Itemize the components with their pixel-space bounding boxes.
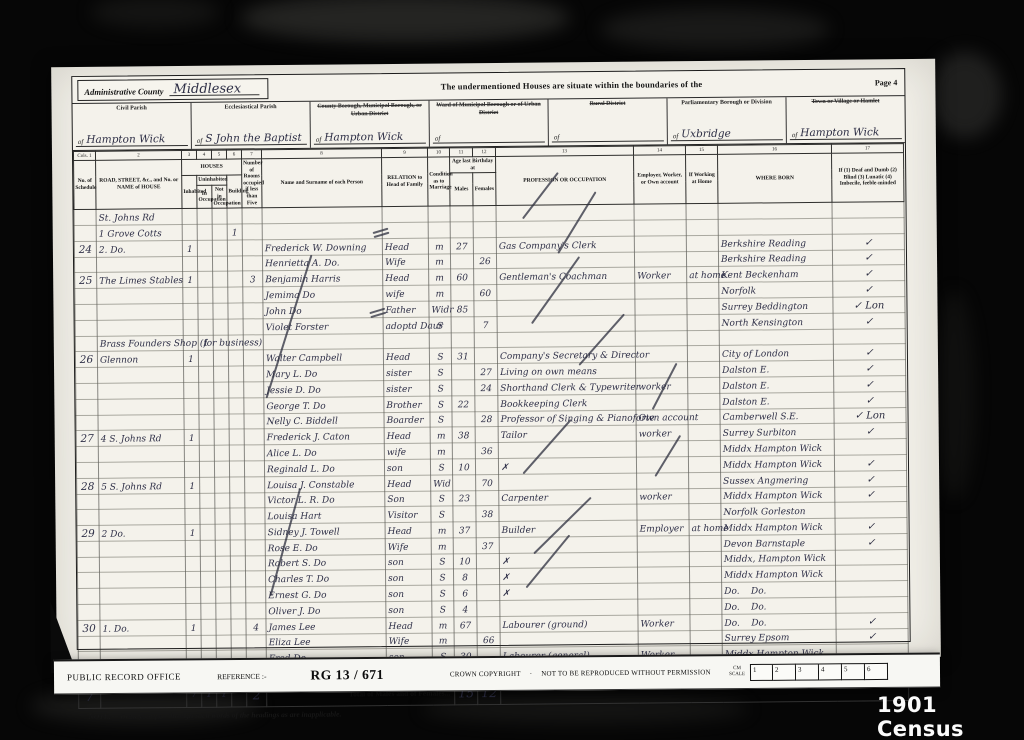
cell-inhabited: [184, 414, 199, 430]
cell-relation: Father: [383, 301, 429, 317]
cell-employer: Own account: [636, 409, 688, 425]
cell-relation: Head: [385, 475, 431, 491]
cell-age-female: [476, 490, 499, 506]
cell-age-female: 38: [476, 506, 499, 522]
cell-uninhabited-occupied: [197, 240, 212, 256]
col-header-where-born: WHERE BORN: [718, 153, 832, 203]
copyright-separator: ·: [530, 670, 533, 678]
cell-road: 5 S. Johns Rd: [99, 477, 185, 494]
cell-rooms: [244, 413, 264, 429]
cell-uninhabited-not: [213, 319, 228, 335]
cell-inhabited: [184, 382, 199, 398]
cell-inhabited: [184, 445, 199, 461]
cell-age-male: [453, 506, 476, 522]
cell-rooms: [245, 508, 265, 524]
cell-relation: Head: [383, 269, 429, 285]
district-band: Civil ParishofHampton WickEcclesiastical…: [73, 96, 905, 151]
cell-at-home: [689, 535, 721, 551]
cell-schedule: [75, 304, 97, 320]
cell-condition: m: [430, 427, 452, 443]
cell-uninhabited-not: [213, 350, 228, 366]
cell-inhabited: 1: [184, 430, 199, 446]
cell-schedule: 29: [77, 525, 99, 541]
district-value-line: ofHampton Wick: [76, 130, 188, 147]
cell-where-born: Surrey Beddington: [719, 297, 833, 314]
cell-at-home: [687, 330, 719, 346]
cell-occupation: [499, 504, 637, 521]
cell-inhabited: [182, 256, 197, 272]
cell-mark: ✓ Lon: [833, 297, 905, 313]
cell-building: 1: [227, 224, 242, 240]
cell-road: 4 S. Johns Rd: [98, 430, 184, 447]
cell-building: [230, 477, 245, 493]
cell-condition: S: [430, 380, 452, 396]
cell-age-female: [474, 300, 497, 316]
cell-where-born: Do. Do.: [722, 582, 836, 599]
cell-relation: sister: [384, 364, 430, 380]
cell-rooms: [245, 540, 265, 556]
cell-age-male: [452, 364, 475, 380]
district-label: Ecclesiastical Parish: [195, 104, 307, 113]
cell-uninhabited-not: [216, 603, 231, 619]
cell-where-born: Devon Barnstaple: [721, 534, 835, 551]
district-value-line: ofUxbridge: [671, 124, 783, 141]
cell-age-male: [453, 538, 476, 554]
cell-age-female: 36: [475, 443, 498, 459]
of-prefix: of: [316, 136, 322, 144]
cell-uninhabited-occupied: [197, 224, 212, 240]
cell-occupation: Labourer (ground): [500, 615, 638, 632]
cell-relation: Wife: [385, 538, 431, 554]
cell-name: James Lee: [266, 617, 386, 634]
col-header-employer: Employer, Worker, or Own account: [634, 155, 686, 205]
column-number: 6: [226, 150, 241, 159]
reference-number: RG 13 / 671: [310, 667, 384, 684]
cell-inhabited: [186, 635, 201, 651]
cell-condition: S: [430, 396, 452, 412]
cell-employer: [635, 299, 687, 315]
cell-occupation: [499, 536, 637, 553]
of-prefix: of: [554, 133, 560, 141]
cell-age-female: 28: [475, 411, 498, 427]
cell-uninhabited-not: [215, 540, 230, 556]
cell-mark: ✓: [834, 423, 906, 439]
cell-name: Jessie D. Do: [264, 381, 384, 398]
cell-age-male: 85: [451, 301, 474, 317]
cell-schedule: [78, 636, 100, 652]
district-value-line: ofS John the Baptist: [195, 129, 307, 146]
reference-bar: PUBLIC RECORD OFFICE REFERENCE :- RG 13 …: [54, 653, 940, 695]
cell-where-born: Middx, Hampton Wick: [721, 550, 835, 567]
cell-age-female: 24: [475, 379, 498, 395]
cell-building: [231, 635, 246, 651]
cell-rooms: [242, 255, 262, 271]
cell-name: George T. Do: [264, 396, 384, 413]
cell-mark: ✓: [833, 344, 905, 360]
cell-uninhabited-occupied: [201, 619, 216, 635]
cell-employer: [636, 362, 688, 378]
cell-inhabited: [184, 366, 199, 382]
cell-rooms: [246, 587, 266, 603]
cell-mark: [835, 549, 907, 565]
cell-mark: ✓: [836, 628, 908, 644]
cell-condition: S: [431, 490, 453, 506]
cell-uninhabited-not: [215, 477, 230, 493]
scan-smudge: [90, 0, 220, 28]
cell-rooms: [242, 239, 262, 255]
cell-age-male: [450, 253, 473, 269]
cell-at-home: [688, 425, 720, 441]
cell-where-born: Dalston E.: [720, 376, 834, 393]
column-number: 14: [633, 146, 685, 155]
cell-schedule: [77, 557, 99, 573]
cell-name: Sidney J. Towell: [265, 523, 385, 540]
of-prefix: of: [78, 138, 84, 146]
district-label: Civil Parish: [76, 105, 188, 114]
cell-name: Alice L. Do: [264, 444, 384, 461]
cell-uninhabited-occupied: [199, 366, 214, 382]
cell-age-female: 37: [476, 537, 499, 553]
reference-label: REFERENCE :-: [217, 671, 266, 680]
cell-condition: m: [432, 633, 454, 649]
cell-schedule: [76, 383, 98, 399]
cell-employer: worker: [637, 488, 689, 504]
cell-schedule: [76, 415, 98, 431]
cell-mark: ✓: [833, 281, 905, 297]
cell-uninhabited-occupied: [199, 461, 214, 477]
cell-schedule: [78, 573, 100, 589]
cell-rooms: [244, 445, 264, 461]
cell-schedule: [77, 541, 99, 557]
cell-employer: worker: [636, 425, 688, 441]
district-cell: Civil ParishofHampton Wick: [73, 103, 192, 150]
cell-name: Robert S. Do: [265, 554, 385, 571]
district-value: Hampton Wick: [324, 132, 403, 144]
cell-where-born: Kent Beckenham: [719, 266, 833, 283]
cell-age-female: 26: [473, 253, 496, 269]
cell-rooms: [244, 429, 264, 445]
cell-relation: son: [386, 585, 432, 601]
cell-age-female: 7: [474, 316, 497, 332]
cell-road: [99, 540, 185, 557]
cell-at-home: [687, 282, 719, 298]
cell-building: [230, 540, 245, 556]
cell-rooms: [244, 366, 264, 382]
cell-mark: ✓: [836, 612, 908, 628]
cell-relation: son: [385, 570, 431, 586]
column-number: 9: [381, 148, 427, 157]
cell-employer: [634, 235, 686, 251]
cell-where-born: Middx Hampton Wick: [720, 455, 834, 472]
cell-building: [229, 429, 244, 445]
cell-schedule: 24: [74, 241, 96, 257]
district-value-line: of: [552, 125, 664, 142]
cell-relation: [383, 333, 429, 349]
district-cell: Town or Village or HamletofHampton Wick: [786, 96, 904, 143]
cell-age-male: 38: [452, 427, 475, 443]
cell-occupation: Shorthand Clerk & Typewriter: [498, 378, 636, 395]
cell-at-home: at home: [687, 267, 719, 283]
column-number: 3: [181, 150, 196, 159]
cell-mark: ✓: [832, 249, 904, 265]
cell-at-home: [690, 614, 722, 630]
cell-schedule: [78, 589, 100, 605]
cell-uninhabited-occupied: [200, 524, 215, 540]
cell-condition: m: [431, 538, 453, 554]
district-value-line: ofHampton Wick: [314, 128, 426, 145]
cell-occupation: ✗: [500, 583, 638, 600]
column-number: 12: [472, 147, 495, 156]
cell-at-home: [688, 456, 720, 472]
cell-schedule: [75, 288, 97, 304]
cell-inhabited: 1: [183, 351, 198, 367]
cell-name: Oliver J. Do: [266, 602, 386, 619]
column-number: Cols. 1: [73, 151, 95, 160]
cell-name: [262, 207, 382, 224]
cell-relation: Boarder: [384, 412, 430, 428]
cell-occupation: Tailor: [498, 425, 636, 442]
column-number: 7: [241, 150, 261, 159]
cell-building: [228, 303, 243, 319]
cell-relation: Brother: [384, 396, 430, 412]
cell-mark: [834, 439, 906, 455]
cell-name: Reginald L. Do: [264, 459, 384, 476]
cell-road: [98, 446, 184, 463]
cell-mark: [832, 202, 904, 218]
cell-age-male: 23: [453, 490, 476, 506]
cell-condition: m: [429, 269, 451, 285]
cell-inhabited: [183, 287, 198, 303]
cell-age-male: 8: [453, 569, 476, 585]
cell-schedule: [75, 336, 97, 352]
cell-uninhabited-not: [214, 382, 229, 398]
cell-uninhabited-not: [216, 619, 231, 635]
cell-relation: Head: [383, 348, 429, 364]
district-value: Hampton Wick: [800, 127, 879, 139]
cell-relation: Son: [385, 491, 431, 507]
cell-building: [229, 413, 244, 429]
cell-relation: Head: [386, 617, 432, 633]
cell-schedule: [77, 510, 99, 526]
cell-building: [228, 271, 243, 287]
cell-schedule: [74, 225, 96, 241]
cell-occupation: [497, 315, 635, 332]
cell-where-born: Surrey Epsom: [722, 629, 836, 646]
cell-road: [98, 414, 184, 431]
scale-box: 6: [865, 662, 888, 679]
col-header-inhabited: Inhabited: [182, 176, 197, 209]
cell-at-home: [686, 235, 718, 251]
district-value: Uxbridge: [681, 129, 731, 140]
cell-age-female: [476, 522, 499, 538]
cell-rooms: [243, 287, 263, 303]
cell-at-home: at home: [689, 519, 721, 535]
cell-relation: Visitor: [385, 506, 431, 522]
district-label: Parliamentary Borough or Division: [670, 99, 782, 108]
cell-road: [99, 509, 185, 526]
cell-schedule: 28: [77, 478, 99, 494]
cell-employer: [636, 457, 688, 473]
cell-rooms: 4: [246, 619, 266, 635]
cell-mark: ✓: [835, 486, 907, 502]
cell-employer: [634, 220, 686, 236]
col-header-schedule: No. of Schedule: [74, 160, 96, 209]
situate-statement: The undermentioned Houses are situate wi…: [268, 77, 875, 93]
cell-condition: [428, 206, 450, 222]
column-number: 4: [196, 150, 211, 159]
cell-at-home: [689, 504, 721, 520]
of-prefix: of: [673, 132, 679, 140]
cell-at-home: [688, 393, 720, 409]
cell-schedule: [76, 367, 98, 383]
cell-inhabited: [186, 572, 201, 588]
cell-mark: ✓: [834, 375, 906, 391]
cell-rooms: [246, 634, 266, 650]
cell-uninhabited-occupied: [198, 351, 213, 367]
cell-condition: S: [432, 601, 454, 617]
cell-building: [227, 255, 242, 271]
cell-where-born: Berkshire Reading: [718, 250, 832, 267]
cell-occupation: Bookkeeping Clerk: [498, 394, 636, 411]
cell-inhabited: [182, 209, 197, 225]
cell-occupation: Builder: [499, 520, 637, 537]
cell-uninhabited-not: [214, 445, 229, 461]
cell-where-born: [718, 202, 832, 219]
cell-condition: [428, 222, 450, 238]
cell-uninhabited-occupied: [199, 430, 214, 446]
cell-road: [100, 635, 186, 652]
cell-schedule: 26: [75, 352, 97, 368]
cell-uninhabited-not: [215, 524, 230, 540]
cell-occupation: Carpenter: [499, 489, 637, 506]
cell-inhabited: 1: [182, 240, 197, 256]
cell-condition: m: [431, 522, 453, 538]
cm-scale-label: CM SCALE: [729, 666, 745, 679]
cell-at-home: [689, 472, 721, 488]
cell-occupation: Gentleman's Coachman: [497, 268, 635, 285]
cell-name: Nelly C. Biddell: [264, 412, 384, 429]
cell-uninhabited-not: [215, 572, 230, 588]
cell-at-home: [687, 314, 719, 330]
cell-inhabited: [185, 556, 200, 572]
col-header-condition: Condition as to Marriage: [428, 157, 450, 206]
cell-where-born: Sussex Angmering: [721, 471, 835, 488]
cell-schedule: [77, 494, 99, 510]
col-header-working-home: If Working at Home: [686, 154, 718, 203]
district-label: Rural District: [552, 100, 664, 109]
cell-employer: [635, 283, 687, 299]
cell-employer: [635, 314, 687, 330]
cell-road: [97, 288, 183, 305]
cell-where-born: Dalston E.: [720, 360, 834, 377]
cell-rooms: [244, 461, 264, 477]
cell-age-female: [476, 553, 499, 569]
cell-age-female: [477, 601, 500, 617]
cell-name: Jemima Do: [263, 286, 383, 303]
cell-at-home: [686, 204, 718, 220]
cell-rooms: [244, 397, 264, 413]
cell-rooms: 3: [243, 271, 263, 287]
cell-age-female: 27: [475, 364, 498, 380]
cell-condition: S: [432, 585, 454, 601]
cell-age-female: [475, 458, 498, 474]
cell-age-male: 10: [452, 459, 475, 475]
cell-relation: Head: [385, 522, 431, 538]
reproduction-notice: NOT TO BE REPRODUCED WITHOUT PERMISSION: [541, 668, 711, 677]
cell-uninhabited-occupied: [201, 603, 216, 619]
cell-employer: [637, 567, 689, 583]
cell-age-female: [473, 237, 496, 253]
cell-uninhabited-not: [215, 556, 230, 572]
cell-age-male: [454, 632, 477, 648]
cell-building: [231, 619, 246, 635]
cell-employer: [637, 536, 689, 552]
cell-rooms: [245, 555, 265, 571]
district-cell: Rural Districtof: [548, 98, 667, 145]
cell-employer: [634, 251, 686, 267]
cell-road: 2. Do.: [96, 240, 182, 257]
watermark-caption: 1901 Census: [877, 693, 1024, 740]
cell-age-female: [473, 206, 496, 222]
cell-name: Frederick W. Downing: [262, 238, 382, 255]
cell-uninhabited-occupied: [201, 572, 216, 588]
cell-road: [96, 256, 182, 273]
cell-employer: [637, 504, 689, 520]
cell-at-home: [689, 567, 721, 583]
cell-condition: [429, 332, 451, 348]
cell-employer: [638, 583, 690, 599]
cell-building: [228, 287, 243, 303]
col-header-females: Females: [473, 173, 496, 206]
cell-building: [227, 240, 242, 256]
cell-age-male: 31: [451, 348, 474, 364]
district-value-line: ofHampton Wick: [790, 123, 902, 140]
cell-inhabited: [183, 303, 198, 319]
cell-uninhabited-occupied: [200, 477, 215, 493]
cell-employer: [636, 441, 688, 457]
cell-mark: ✓: [835, 533, 907, 549]
cell-road: St. Johns Rd: [96, 209, 182, 226]
cell-at-home: [689, 488, 721, 504]
cell-age-female: [475, 395, 498, 411]
cell-uninhabited-not: [213, 303, 228, 319]
cell-age-female: [473, 221, 496, 237]
cell-uninhabited-occupied: [198, 287, 213, 303]
cell-schedule: 27: [76, 431, 98, 447]
of-prefix: of: [197, 137, 203, 145]
cell-mark: ✓: [834, 391, 906, 407]
cell-relation: Wife: [386, 633, 432, 649]
cell-road: Glennon: [97, 351, 183, 368]
cell-name: Charles T. Do: [265, 570, 385, 587]
cell-employer: [636, 393, 688, 409]
cell-inhabited: [185, 493, 200, 509]
cell-uninhabited-occupied: [199, 445, 214, 461]
cell-uninhabited-not: [213, 287, 228, 303]
cell-name: Louisa Hart: [265, 507, 385, 524]
cell-mark: ✓: [834, 360, 906, 376]
cell-uninhabited-not: [215, 508, 230, 524]
cell-road: [98, 382, 184, 399]
copyright-notice: CROWN COPYRIGHT · NOT TO BE REPRODUCED W…: [450, 668, 711, 678]
cell-uninhabited-occupied: [197, 208, 212, 224]
cell-building: [230, 524, 245, 540]
column-number: 15: [685, 145, 717, 154]
cell-at-home: [690, 583, 722, 599]
cell-name: Benjamin Harris: [263, 270, 383, 287]
cell-uninhabited-occupied: [200, 509, 215, 525]
cell-uninhabited-occupied: [199, 398, 214, 414]
